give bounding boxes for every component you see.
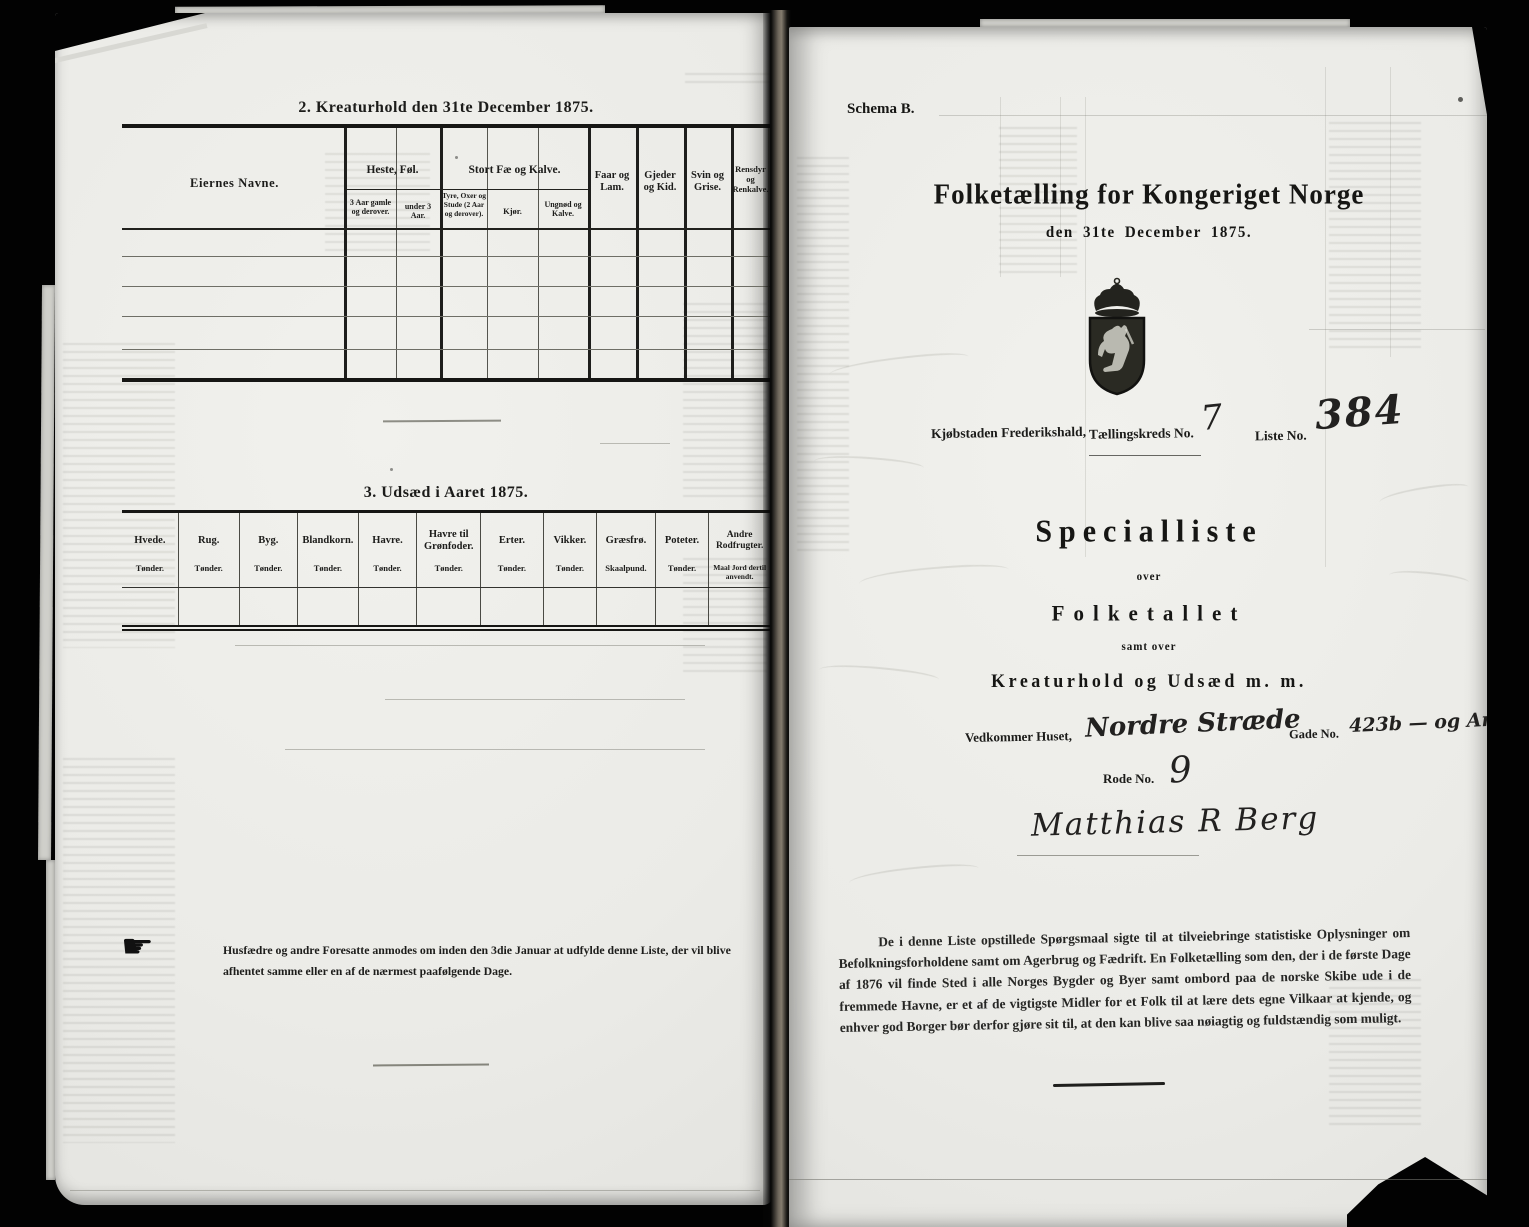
under-sheet-edge [46,860,55,1180]
notice-text: Husfædre og andre Foresatte anmodes om i… [223,940,743,981]
paper-speck [1458,97,1463,102]
column-header-cows: Kjør. [488,206,537,216]
column-header-owner: Eiernes Navne. [132,176,337,191]
table-rule [684,128,687,378]
rode-number-handwritten: 9 [1168,752,1193,790]
table-row-rule [122,286,770,287]
bleedthrough-text [685,73,770,87]
seed-col-name: Rug. [179,525,239,557]
bleedthrough-line [939,115,1487,116]
gade-label: Gade No. [1289,727,1339,743]
seed-col-gronfoder: Havre til Grønfoder. Tønder. [416,513,480,625]
column-header-horses-older: 3 Aar gamle og derover. [347,198,394,217]
seed-col-rodfrugter: Andre Rodfrugter. Maal Jord dertil anven… [708,513,770,625]
right-page: Schema B. Folketælling for Kongeriget No… [789,27,1487,1227]
paper-speck [390,468,393,471]
bleedthrough-line [385,699,685,700]
column-header-goats: Gjeder og Kid. [638,170,682,195]
seed-col-name: Vikker. [544,525,597,557]
bleedthrough-scribble [828,350,969,383]
page-title: Folketælling for Kongeriget Norge [819,178,1479,210]
table-rule [588,128,591,378]
rode-label: Rode No. [1103,771,1154,787]
bleedthrough-text [63,758,175,1143]
list-label: Liste No. [1255,428,1307,445]
sheet-bottom-edge [70,1190,760,1191]
bleedthrough-scribble [848,861,979,890]
seed-col-erter: Erter. Tønder. [480,513,542,625]
seed-table: Hvede. Tønder. Rug. Tønder. Byg. Tønder.… [122,510,770,631]
signature-underline [1017,855,1199,856]
page-corner-shadow [1347,1157,1487,1227]
sheet-bottom-edge [789,1179,1487,1180]
ink-stroke [1053,1082,1165,1087]
street-name-handwritten: Nordre Stræde [1085,706,1302,741]
livestock-table: Eiernes Navne. Heste, Føl. 3 Aar gamle o… [122,124,770,382]
house-label: Vedkommer Huset, [965,728,1072,746]
seed-col-rug: Rug. Tønder. [178,513,239,625]
column-header-horses-under3: under 3 Aar. [397,202,439,221]
bleedthrough-scribble [1378,481,1469,509]
district-underline [1089,455,1201,456]
signature-handwritten: Matthias R Berg [1031,803,1320,842]
table-rule [345,189,440,190]
seed-col-name: Græsfrø. [597,525,654,557]
notice-line-2: afhentet samme eller en af de nærmest pa… [223,961,743,982]
seed-col-unit: Tønder. [122,563,178,573]
bleedthrough-text [797,157,849,557]
column-header-pigs: Svin og Grise. [686,170,729,195]
table-rule [122,587,770,588]
seed-col-unit: Tønder. [656,563,709,573]
municipality-label: Kjøbstaden Frederikshald, [931,424,1086,442]
seed-col-blandkorn: Blandkorn. Tønder. [297,513,358,625]
page-corner-shadow [1457,27,1487,137]
seed-col-unit: Tønder. [359,563,416,573]
table-rule [441,189,588,190]
pencil-stroke [373,1063,489,1066]
seed-col-vikker: Vikker. Tønder. [543,513,597,625]
list-heading-over: over [819,571,1479,583]
pencil-stroke [383,420,501,423]
district-label: Tællingskreds No. [1089,425,1194,442]
bleedthrough-line [600,443,670,444]
bleedthrough-line [285,749,705,750]
table-row-rule [122,256,770,257]
list-heading-over2: samt over [819,641,1479,653]
seed-col-unit: Skaalpund. [597,563,654,573]
coat-of-arms-icon [1082,277,1152,399]
column-header-bulls-oxen: Tyre, Oxer og Stude (2 Aar og derover). [442,192,486,219]
seed-col-unit: Tønder. [179,563,239,573]
table-row-rule [122,316,770,317]
list-number-handwritten: 384 [1314,390,1406,436]
column-header-sheep: Faar og Lam. [590,170,634,195]
seed-col-havre: Havre. Tønder. [358,513,416,625]
column-header-young-cattle: Ungnød og Kalve. [540,200,586,219]
seed-col-byg: Byg. Tønder. [239,513,297,625]
seed-col-name: Hvede. [122,525,178,557]
livestock-table-title: 2. Kreaturhold den 31te December 1875. [122,99,770,118]
table-row-rule [122,349,770,350]
info-paragraph: De i denne Liste opstillede Spørgsmaal s… [838,922,1412,1038]
under-sheet-edge [38,285,55,860]
list-heading-subject2: Kreaturhold og Udsæd m. m. [819,671,1479,693]
seed-col-unit: Tønder. [298,563,358,573]
schema-label: Schema B. [847,101,915,118]
seed-col-poteter: Poteter. Tønder. [655,513,709,625]
seed-col-name: Havre til Grønfoder. [417,525,480,557]
district-number-handwritten: 7 [1199,400,1224,436]
list-heading-subject1: Folketallet [819,601,1479,627]
bleedthrough-line [235,645,705,646]
list-heading-main: Specialliste [819,514,1479,549]
seed-col-unit: Maal Jord dertil anvendt. [709,563,770,581]
seed-col-hvede: Hvede. Tønder. [122,513,178,625]
seed-table-title: 3. Udsæd i Aaret 1875. [122,484,770,503]
book-spine-gutter [763,10,791,1227]
bleedthrough-rule [1325,67,1326,567]
column-group-horses: Heste, Føl. [345,164,440,178]
scanned-book-spread: 2. Kreaturhold den 31te December 1875. E… [0,0,1529,1227]
table-rule [122,228,770,230]
gade-number-handwritten: 423b — og Andele af 345b og 487b [1349,701,1487,736]
seed-col-unit: Tønder. [544,563,597,573]
under-sheet-edge [980,19,1350,27]
seed-col-name: Poteter. [656,525,709,557]
seed-col-name: Erter. [481,525,542,557]
seed-col-name: Blandkorn. [298,525,358,557]
seed-col-name: Havre. [359,525,416,557]
seed-col-name: Andre Rodfrugter. [709,525,770,557]
left-page: 2. Kreaturhold den 31te December 1875. E… [55,13,773,1205]
manicule-icon: ☛ [121,927,154,965]
seed-col-unit: Tønder. [417,563,480,573]
seed-col-unit: Tønder. [240,563,297,573]
notice-line-1: Husfædre og andre Foresatte anmodes om i… [223,940,743,961]
page-subtitle: den 31te December 1875. [819,225,1479,243]
seed-col-graesfro: Græsfrø. Skaalpund. [596,513,654,625]
seed-col-unit: Tønder. [481,563,542,573]
column-group-cattle: Stort Fæ og Kalve. [441,164,588,178]
seed-col-name: Byg. [240,525,297,557]
table-rule [636,128,639,378]
